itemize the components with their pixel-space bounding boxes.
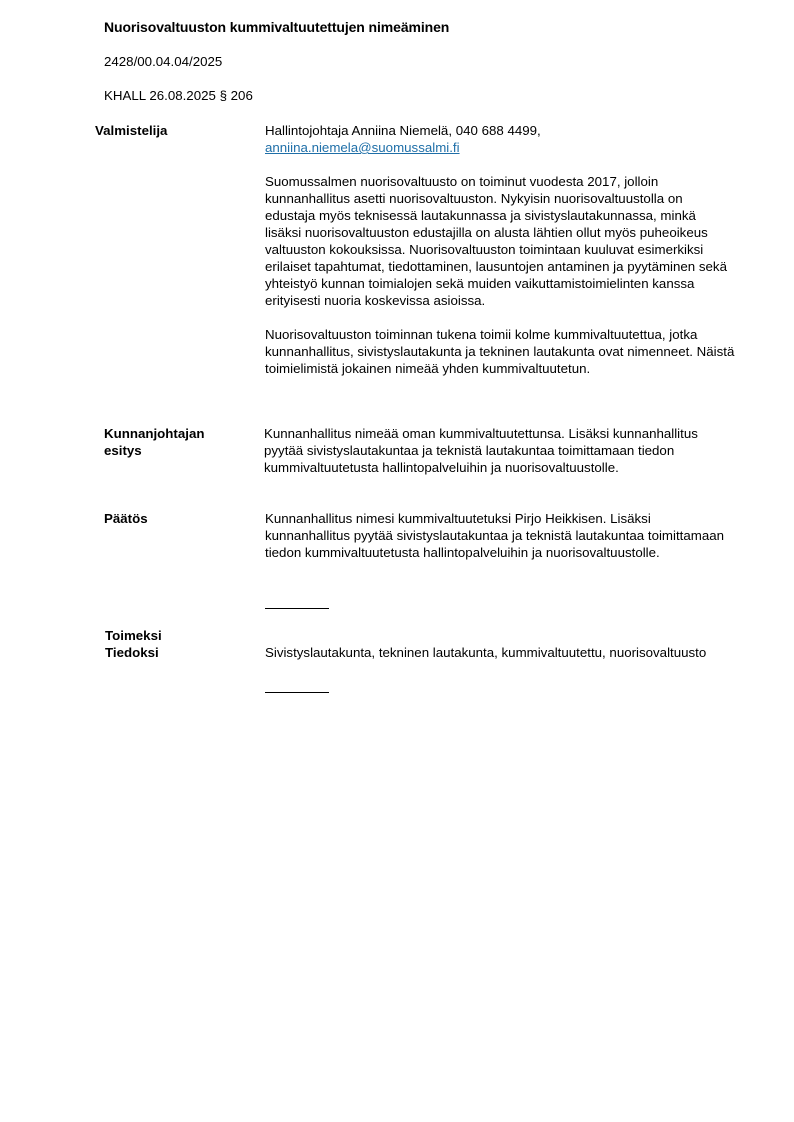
info-recipients: Sivistyslautakunta, tekninen lautakunta,… xyxy=(265,644,735,661)
proposal-text: Kunnanhallitus nimeää oman kummivaltuute… xyxy=(264,425,734,476)
decision-label: Päätös xyxy=(104,510,148,527)
info-label: Tiedoksi xyxy=(105,644,159,661)
proposal-label-line1: Kunnanjohtajan xyxy=(104,426,204,441)
proposal-label-line2: esitys xyxy=(104,443,142,458)
meeting-reference: KHALL 26.08.2025 § 206 xyxy=(104,87,253,104)
preparer-label: Valmistelija xyxy=(95,122,167,139)
document-title: Nuorisovaltuuston kummivaltuutettujen ni… xyxy=(104,19,449,36)
proposal-label: Kunnanjohtajan esitys xyxy=(104,425,204,459)
document-number: 2428/00.04.04/2025 xyxy=(104,53,222,70)
decision-divider xyxy=(265,608,329,609)
decision-text: Kunnanhallitus nimesi kummivaltuutetuksi… xyxy=(265,510,735,561)
action-label: Toimeksi xyxy=(105,627,162,644)
preparer-email-link[interactable]: anniina.niemela@suomussalmi.fi xyxy=(265,140,460,155)
preparer-content: Hallintojohtaja Anniina Niemelä, 040 688… xyxy=(265,122,735,377)
info-divider xyxy=(265,692,329,693)
preparer-paragraph-1: Suomussalmen nuorisovaltuusto on toiminu… xyxy=(265,173,735,309)
preparer-contact: Hallintojohtaja Anniina Niemelä, 040 688… xyxy=(265,123,541,138)
preparer-paragraph-2: Nuorisovaltuuston toiminnan tukena toimi… xyxy=(265,326,735,377)
